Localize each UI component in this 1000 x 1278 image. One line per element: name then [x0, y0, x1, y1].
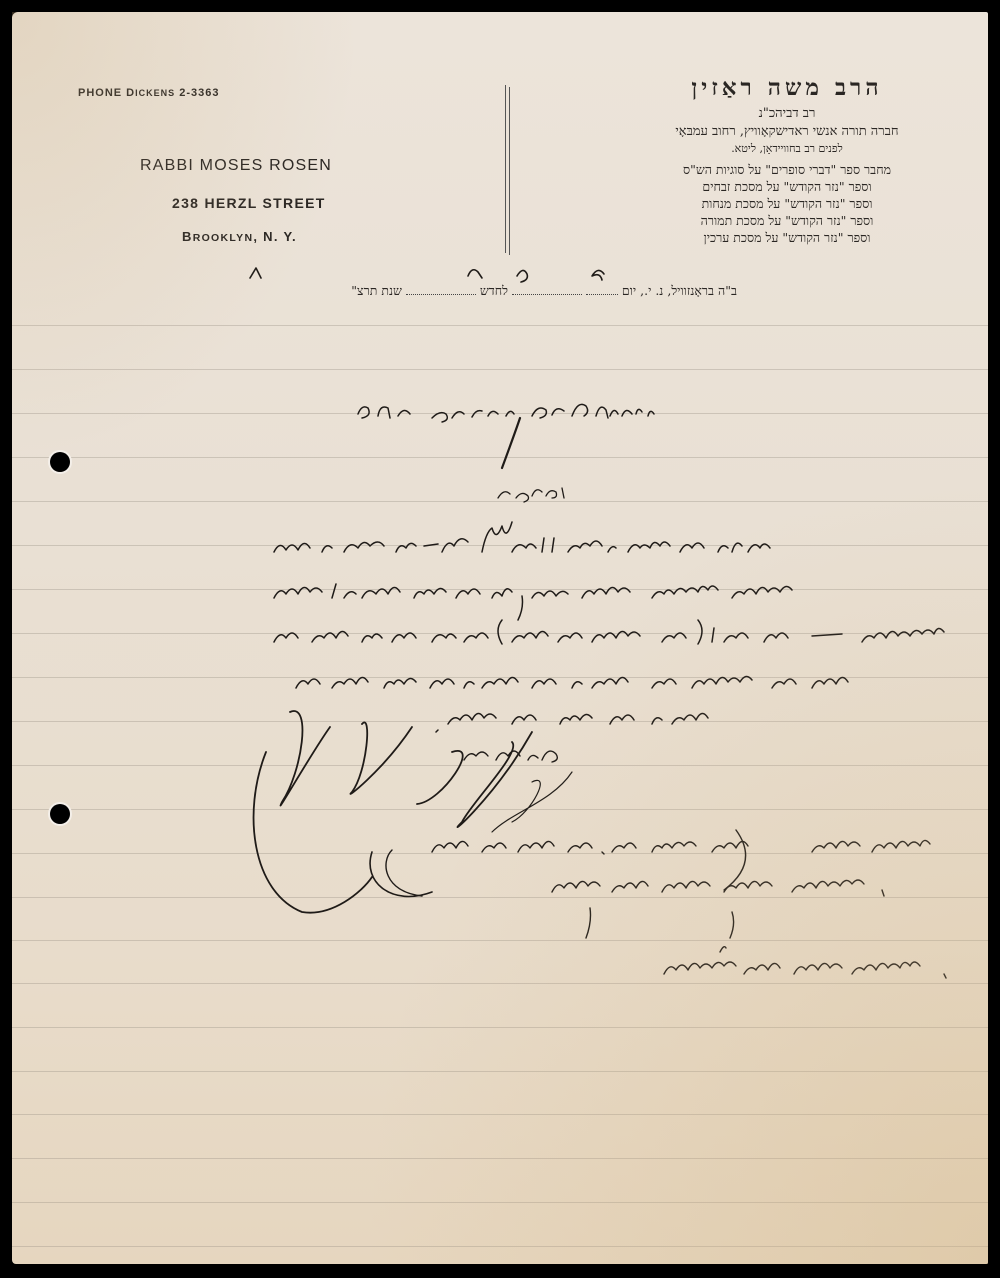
handwritten-date [250, 268, 604, 282]
year-label: שנת תרצ" [351, 283, 402, 298]
hebrew-line: וספר "נזר הקודש" על מסכת ערכין [612, 230, 962, 246]
ruled-line [12, 1246, 988, 1247]
handwritten-closing [464, 751, 557, 762]
ruled-line [12, 633, 988, 634]
ruled-line [12, 1158, 988, 1159]
ruled-line [12, 940, 988, 941]
ruled-line [12, 853, 988, 854]
month-blank [406, 284, 476, 295]
hebrew-line: וספר "נזר הקודש" על מסכת מנחות [612, 196, 962, 212]
english-street: 238 HERZL STREET [172, 195, 326, 211]
ruled-line [12, 983, 988, 984]
ruled-line [12, 1071, 988, 1072]
punch-hole [50, 804, 70, 824]
ruled-line [12, 765, 988, 766]
salutation: כבוד הרב הגאון נשא שליט"א [12, 12, 13, 13]
ruled-line [12, 457, 988, 458]
english-name: RABBI MOSES ROSEN [140, 157, 332, 175]
date-blank [512, 284, 582, 295]
hebrew-line: רב דביהכ"נ [612, 105, 962, 121]
city-smallcaps: ROOKLYN [193, 232, 254, 244]
ruled-line [12, 501, 988, 502]
hebrew-line: מחבר ספר "דברי סופרים" על סוגיות הש"ס [612, 162, 962, 178]
signature [254, 711, 572, 913]
handwritten-date-values: ה' כ"ח אב ח [12, 12, 13, 13]
punch-hole [50, 452, 70, 472]
letterhead-divider [505, 85, 506, 253]
hw-day: ה' [12, 12, 13, 13]
phone-number: PHONE DICKENS 2-3363 [78, 87, 219, 99]
city-prefix: B [182, 229, 193, 244]
ruled-line [12, 1202, 988, 1203]
hebrew-line: וספר "נזר הקודש" על מסכת תמורה [612, 213, 962, 229]
city-suffix: , N. Y. [253, 229, 297, 244]
ruled-line [12, 721, 988, 722]
ruled-line [12, 1027, 988, 1028]
ruled-line [12, 677, 988, 678]
day-blank [586, 284, 618, 295]
date-line: ב"ה בראָנזוויל, נ. י., יום לחדש שנת תרצ" [242, 283, 737, 299]
hebrew-line: לפנים רב בחוויידאָן, ליטא. [612, 142, 962, 155]
english-city: BROOKLYN, N. Y. [182, 229, 297, 244]
ruled-line [12, 413, 988, 414]
handwritten-greeting [498, 488, 564, 502]
handwritten-body [274, 522, 944, 732]
month-label: לחדש [480, 283, 508, 298]
date-prefix: ב"ה בראָנזוויל, נ. י., יום [622, 283, 737, 298]
letter-paper: PHONE DICKENS 2-3363 RABBI MOSES ROSEN 2… [12, 12, 988, 1264]
ruled-line [12, 369, 988, 370]
ruled-line [12, 809, 988, 810]
phone-prefix: PHONE D [78, 87, 135, 99]
hebrew-line: חברה תורה אנשי ראדישקאָוויץ, רחוב עמבּאָ… [612, 123, 962, 139]
ruled-line [12, 545, 988, 546]
letterhead-divider [509, 87, 510, 255]
phone-exchange: ICKENS [135, 88, 175, 98]
ruled-line [12, 897, 988, 898]
phone-digits: 2-3363 [179, 87, 219, 99]
ruled-line [12, 325, 988, 326]
hebrew-line: וספר "נזר הקודש" על מסכת זבחים [612, 179, 962, 195]
hebrew-name: הרב משה ראַזין [612, 74, 962, 101]
ruled-line [12, 589, 988, 590]
letter-body-text: כבוד הרב הגאון נשא שליט"א אחדשה"ט handwr… [12, 12, 13, 13]
ruled-line [12, 1114, 988, 1115]
